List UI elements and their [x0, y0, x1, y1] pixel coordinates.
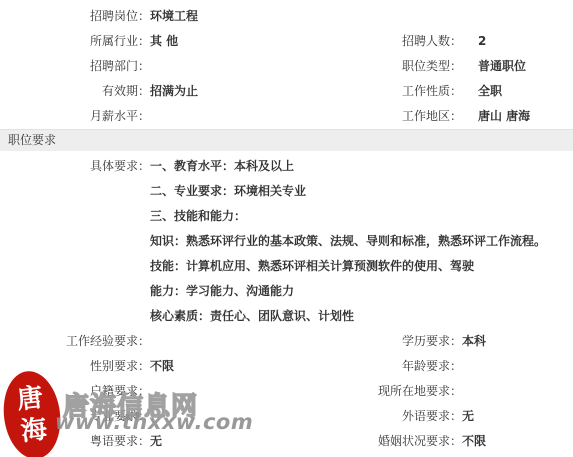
- detail-line-skills-header: 三、技能和能力：: [150, 207, 573, 224]
- field-row-salary-workarea: 月薪水平： 工作地区： 唐山 唐海: [0, 103, 573, 128]
- field-row-department-jobtype: 招聘部门： 职位类型： 普通职位: [0, 53, 573, 78]
- detail-row: 三、技能和能力：: [0, 203, 573, 228]
- field-label-worknature: 工作性质：: [330, 82, 462, 99]
- field-value-jobtype: 普通职位: [462, 57, 573, 74]
- field-value-industry: 其 他: [150, 32, 330, 49]
- job-detail-page: 招聘岗位： 环境工程 所属行业： 其 他 招聘人数： 2 招聘部门： 职位类型：…: [0, 0, 573, 453]
- field-row-major-foreignlang: 专业要求： 外语要求： 无: [0, 403, 573, 428]
- field-row-validity-worknature: 有效期： 招满为止 工作性质： 全职: [0, 78, 573, 103]
- field-label-cantonese: 粤语要求：: [0, 432, 150, 449]
- field-label-jobtype: 职位类型：: [330, 57, 462, 74]
- field-label-education: 学历要求：: [330, 332, 462, 349]
- field-label-validity: 有效期：: [0, 82, 150, 99]
- field-row-cantonese-marital: 粤语要求： 无 婚姻状况要求： 不限: [0, 428, 573, 453]
- field-row-experience-education: 工作经验要求： 学历要求： 本科: [0, 328, 573, 353]
- field-label-major-req: 专业要求：: [0, 407, 150, 424]
- section-header-position-requirements: 职位要求: [0, 129, 573, 151]
- detail-row: 能力：学习能力、沟通能力: [0, 278, 573, 303]
- field-value-workarea: 唐山 唐海: [462, 107, 573, 124]
- detail-row: 二、专业要求：环境相关专业: [0, 178, 573, 203]
- detail-line-core-quality: 核心素质：责任心、团队意识、计划性: [150, 307, 573, 324]
- field-label-marital-status: 婚姻状况要求：: [330, 432, 462, 449]
- detail-row: 技能：计算机应用、熟悉环评相关计算预测软件的使用、驾驶: [0, 253, 573, 278]
- field-value-position: 环境工程: [150, 7, 330, 24]
- field-label-headcount: 招聘人数：: [330, 32, 462, 49]
- field-value-validity: 招满为止: [150, 82, 330, 99]
- field-row-household-location: 户籍要求： 现所在地要求：: [0, 378, 573, 403]
- field-label-current-location: 现所在地要求：: [330, 382, 462, 399]
- field-value-cantonese: 无: [150, 432, 330, 449]
- field-value-marital-status: 不限: [462, 432, 573, 449]
- field-label-age: 年龄要求：: [330, 357, 462, 374]
- field-value-headcount: 2: [462, 34, 573, 48]
- field-label-salary: 月薪水平：: [0, 107, 150, 124]
- field-row-position: 招聘岗位： 环境工程: [0, 3, 573, 28]
- field-value-worknature: 全职: [462, 82, 573, 99]
- detail-row: 具体要求： 一、教育水平：本科及以上: [0, 153, 573, 178]
- field-label-foreign-language: 外语要求：: [330, 407, 462, 424]
- detail-line-ability: 能力：学习能力、沟通能力: [150, 282, 573, 299]
- detail-line-education: 一、教育水平：本科及以上: [150, 157, 573, 174]
- field-row-gender-age: 性别要求： 不限 年龄要求：: [0, 353, 573, 378]
- field-label-gender: 性别要求：: [0, 357, 150, 374]
- field-label-household: 户籍要求：: [0, 382, 150, 399]
- field-value-education: 本科: [462, 332, 573, 349]
- field-value-gender: 不限: [150, 357, 330, 374]
- field-label-industry: 所属行业：: [0, 32, 150, 49]
- field-label-workarea: 工作地区：: [330, 107, 462, 124]
- field-label-specific-requirements: 具体要求：: [0, 157, 150, 174]
- detail-line-knowledge: 知识：熟悉环评行业的基本政策、法规、导则和标准，熟悉环评工作流程。: [150, 232, 573, 249]
- detail-line-skill: 技能：计算机应用、熟悉环评相关计算预测软件的使用、驾驶: [150, 257, 573, 274]
- field-label-position: 招聘岗位：: [0, 7, 150, 24]
- detail-row: 知识：熟悉环评行业的基本政策、法规、导则和标准，熟悉环评工作流程。: [0, 228, 573, 253]
- field-value-foreign-language: 无: [462, 407, 573, 424]
- field-label-department: 招聘部门：: [0, 57, 150, 74]
- detail-row: 核心素质：责任心、团队意识、计划性: [0, 303, 573, 328]
- detail-line-major: 二、专业要求：环境相关专业: [150, 182, 573, 199]
- field-label-experience: 工作经验要求：: [0, 332, 150, 349]
- field-row-industry-headcount: 所属行业： 其 他 招聘人数： 2: [0, 28, 573, 53]
